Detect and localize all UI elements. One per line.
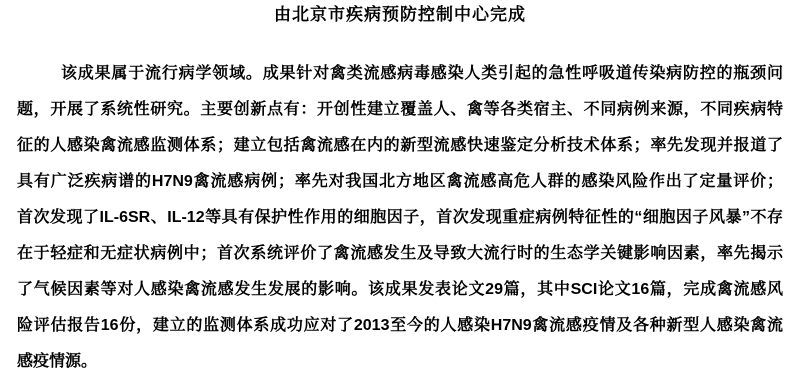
- paragraph-line: 险评估报告16份，建立的监测体系成功应对了2013至今的人感染H7N9禽流感疫情…: [17, 308, 783, 344]
- paragraph-line: 题，开展了系统性研究。主要创新点有：开创性建立覆盖人、禽等各类宿主、不同病例来源…: [17, 92, 783, 128]
- paragraph-line: 征的人感染禽流感监测体系；建立包括禽流感在内的新型流感快速鉴定分析技术体系；率先…: [17, 128, 783, 164]
- body-paragraph: 该成果属于流行病学领域。成果针对禽类流感病毒感染人类引起的急性呼吸道传染病防控的…: [17, 56, 783, 380]
- paragraph-line: 了气候因素等对人感染禽流感发生发展的影响。该成果发表论文29篇，其中SCI论文1…: [17, 272, 783, 308]
- paragraph-line: 具有广泛疾病谱的H7N9禽流感病例；率先对我国北方地区禽流感高危人群的感染风险作…: [17, 164, 783, 200]
- paragraph-line: 该成果属于流行病学领域。成果针对禽类流感病毒感染人类引起的急性呼吸道传染病防控的…: [17, 56, 783, 92]
- document-title: 由北京市疾病预防控制中心完成: [0, 0, 800, 27]
- paragraph-line: 感疫情源。: [17, 344, 783, 380]
- paragraph-line: 首次发现了IL-6SR、IL-12等具有保护性作用的细胞因子，首次发现重症病例特…: [17, 200, 783, 236]
- paragraph-line: 在于轻症和无症状病例中；首次系统评价了禽流感发生及导致大流行时的生态学关键影响因…: [17, 236, 783, 272]
